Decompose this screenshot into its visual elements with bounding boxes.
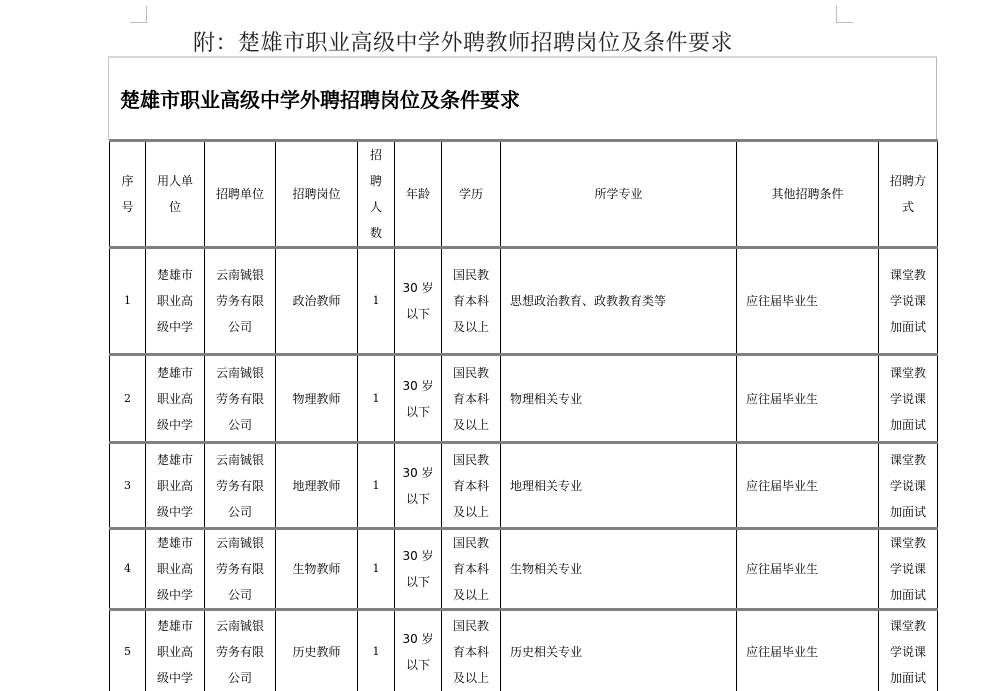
cell-count: 1 [358, 610, 395, 691]
header-no: 序 号 [110, 141, 146, 248]
header-position: 招聘岗位 [276, 141, 358, 248]
cell-other-conditions: 应往届毕业生 [737, 355, 879, 443]
cell-major: 生物相关专业 [501, 529, 737, 610]
cell-education: 国民教 育本科 及以上 [442, 610, 501, 691]
cell-employer: 楚雄市 职业高 级中学 [146, 355, 205, 443]
recruitment-table: 序 号 用人单 位 招聘单位 招聘岗位 招 聘 人 数 年龄 学历 所学专业 其… [109, 139, 938, 691]
cell-education: 国民教 育本科 及以上 [442, 355, 501, 443]
header-age: 年龄 [395, 141, 442, 248]
cell-age: 30 岁 以下 [395, 529, 442, 610]
cell-method: 课堂教 学说课 加面试 [879, 529, 938, 610]
cell-major: 历史相关专业 [501, 610, 737, 691]
cell-other-conditions: 应往届毕业生 [737, 443, 879, 529]
header-education: 学历 [442, 141, 501, 248]
cell-age: 30 岁 以下 [395, 355, 442, 443]
header-major: 所学专业 [501, 141, 737, 248]
page-corner-mark-left [130, 6, 147, 23]
cell-other-conditions: 应往届毕业生 [737, 610, 879, 691]
table-row: 3 楚雄市 职业高 级中学 云南铖银 劳务有限 公司 地理教师 1 30 岁 以… [110, 443, 938, 529]
cell-position: 生物教师 [276, 529, 358, 610]
cell-method: 课堂教 学说课 加面试 [879, 355, 938, 443]
table-header-row: 序 号 用人单 位 招聘单位 招聘岗位 招 聘 人 数 年龄 学历 所学专业 其… [110, 141, 938, 248]
cell-method: 课堂教 学说课 加面试 [879, 610, 938, 691]
cell-position: 地理教师 [276, 443, 358, 529]
cell-count: 1 [358, 529, 395, 610]
cell-employer: 楚雄市 职业高 级中学 [146, 443, 205, 529]
cell-age: 30 岁 以下 [395, 248, 442, 355]
cell-method: 课堂教 学说课 加面试 [879, 443, 938, 529]
cell-education: 国民教 育本科 及以上 [442, 529, 501, 610]
table-row: 1 楚雄市 职业高 级中学 云南铖银 劳务有限 公司 政治教师 1 30 岁 以… [110, 248, 938, 355]
cell-major: 物理相关专业 [501, 355, 737, 443]
cell-employer: 楚雄市 职业高 级中学 [146, 248, 205, 355]
cell-other-conditions: 应往届毕业生 [737, 248, 879, 355]
cell-recruiter: 云南铖银 劳务有限 公司 [205, 529, 276, 610]
cell-position: 历史教师 [276, 610, 358, 691]
cell-no: 1 [110, 248, 146, 355]
cell-recruiter: 云南铖银 劳务有限 公司 [205, 355, 276, 443]
cell-education: 国民教 育本科 及以上 [442, 248, 501, 355]
header-recruiter: 招聘单位 [205, 141, 276, 248]
cell-no: 3 [110, 443, 146, 529]
cell-no: 2 [110, 355, 146, 443]
cell-count: 1 [358, 248, 395, 355]
cell-recruiter: 云南铖银 劳务有限 公司 [205, 443, 276, 529]
header-count: 招 聘 人 数 [358, 141, 395, 248]
cell-major: 思想政治教育、政教教育类等 [501, 248, 737, 355]
cell-employer: 楚雄市 职业高 级中学 [146, 610, 205, 691]
cell-no: 5 [110, 610, 146, 691]
cell-method: 课堂教 学说课 加面试 [879, 248, 938, 355]
cell-major: 地理相关专业 [501, 443, 737, 529]
cell-other-conditions: 应往届毕业生 [737, 529, 879, 610]
cell-count: 1 [358, 355, 395, 443]
table-row: 2 楚雄市 职业高 级中学 云南铖银 劳务有限 公司 物理教师 1 30 岁 以… [110, 355, 938, 443]
header-method: 招聘方 式 [879, 141, 938, 248]
table-row: 4 楚雄市 职业高 级中学 云南铖银 劳务有限 公司 生物教师 1 30 岁 以… [110, 529, 938, 610]
header-employer: 用人单 位 [146, 141, 205, 248]
table-row: 5 楚雄市 职业高 级中学 云南铖银 劳务有限 公司 历史教师 1 30 岁 以… [110, 610, 938, 691]
cell-no: 4 [110, 529, 146, 610]
cell-recruiter: 云南铖银 劳务有限 公司 [205, 610, 276, 691]
cell-education: 国民教 育本科 及以上 [442, 443, 501, 529]
header-other-conditions: 其他招聘条件 [737, 141, 879, 248]
cell-employer: 楚雄市 职业高 级中学 [146, 529, 205, 610]
cell-position: 物理教师 [276, 355, 358, 443]
table-title: 楚雄市职业高级中学外聘招聘岗位及条件要求 [120, 84, 520, 113]
cell-recruiter: 云南铖银 劳务有限 公司 [205, 248, 276, 355]
cell-age: 30 岁 以下 [395, 443, 442, 529]
cell-age: 30 岁 以下 [395, 610, 442, 691]
document-heading: 附：楚雄市职业高级中学外聘教师招聘岗位及条件要求 [193, 26, 733, 57]
cell-position: 政治教师 [276, 248, 358, 355]
cell-count: 1 [358, 443, 395, 529]
page-corner-mark-right [836, 6, 853, 23]
